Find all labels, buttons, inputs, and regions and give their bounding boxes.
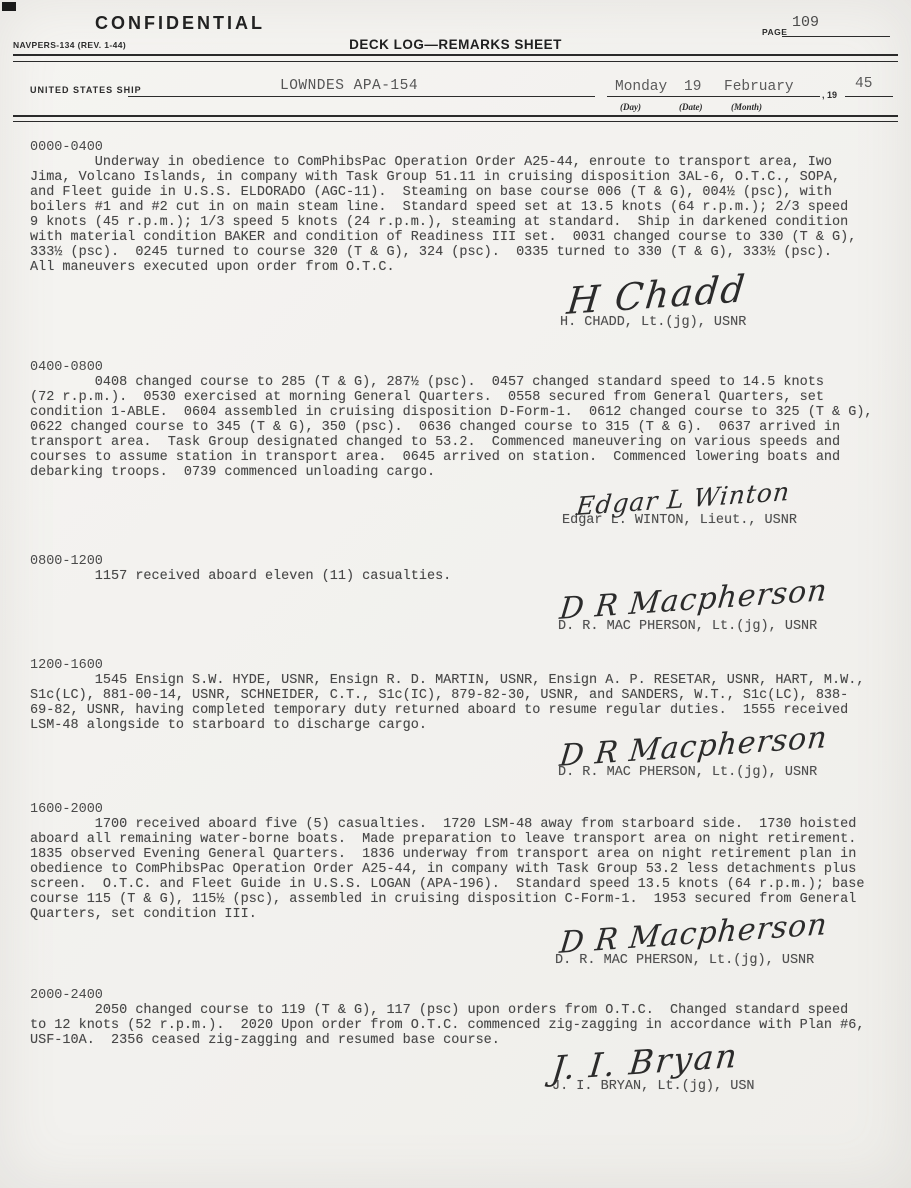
remarks-line: 0622 changed course to 345 (T & G), 350 … [30, 420, 890, 435]
remarks-line: 69-82, USNR, having completed temporary … [30, 703, 890, 718]
form-header: CONFIDENTIAL NAVPERS-134 (REV. 1-44) DEC… [0, 0, 911, 122]
log-entry: 0000-0400 Underway in obedience to ComPh… [30, 140, 890, 330]
date-month-value: February [724, 79, 794, 95]
form-title: DECK LOG—REMARKS SHEET [0, 37, 911, 52]
year-prefix: , 19 [822, 90, 837, 100]
header-rule-top [13, 54, 898, 62]
year-underline [845, 96, 893, 97]
remarks-line: 0408 changed course to 285 (T & G), 287½… [30, 375, 890, 390]
page-number: 109 [792, 14, 819, 31]
log-entries: 0000-0400 Underway in obedience to ComPh… [30, 128, 890, 1094]
month-label: (Month) [731, 102, 762, 112]
watch-period-heading: 2000-2400 [30, 988, 890, 1003]
signature-block: Edgar L WintonEdgar L. WINTON, Lieut., U… [530, 494, 890, 528]
remarks-line: S1c(LC), 881-00-14, USNR, SCHNEIDER, C.T… [30, 688, 890, 703]
log-entry: 0800-1200 1157 received aboard eleven (1… [30, 554, 890, 634]
remarks-line: course 115 (T & G), 115½ (psc), assemble… [30, 892, 890, 907]
entry-remarks-text: 1700 received aboard five (5) casualties… [30, 817, 890, 922]
ship-name-underline [128, 96, 595, 97]
remarks-line: 1835 observed Evening General Quarters. … [30, 847, 890, 862]
remarks-line: 333½ (psc). 0245 turned to course 320 (T… [30, 245, 890, 260]
entry-remarks-text: 1545 Ensign S.W. HYDE, USNR, Ensign R. D… [30, 673, 890, 733]
log-entry: 1600-2000 1700 received aboard five (5) … [30, 802, 890, 968]
signature-block: D R MacphersonD. R. MAC PHERSON, Lt.(jg)… [530, 928, 890, 968]
date-year-value: 45 [855, 76, 872, 92]
remarks-line: boilers #1 and #2 cut in on main steam l… [30, 200, 890, 215]
remarks-line: and Fleet guide in U.S.S. ELDORADO (AGC-… [30, 185, 890, 200]
entry-remarks-text: Underway in obedience to ComPhibsPac Ope… [30, 155, 890, 275]
date-underline [607, 96, 820, 97]
watch-period-heading: 1200-1600 [30, 658, 890, 673]
date-label: (Date) [679, 102, 703, 112]
signature-block: H ChaddH. CHADD, Lt.(jg), USNR [530, 283, 890, 330]
date-date-value: 19 [684, 79, 701, 95]
page-number-underline [782, 36, 890, 37]
remarks-line: with material condition BAKER and condit… [30, 230, 890, 245]
log-entry: 2000-2400 2050 changed course to 119 (T … [30, 988, 890, 1095]
signature-block: D R MacphersonD. R. MAC PHERSON, Lt.(jg)… [530, 594, 890, 634]
remarks-line: to 12 knots (52 r.p.m.). 2020 Upon order… [30, 1018, 890, 1033]
remarks-line: 2050 changed course to 119 (T & G), 117 … [30, 1003, 890, 1018]
deck-log-page: CONFIDENTIAL NAVPERS-134 (REV. 1-44) DEC… [0, 0, 911, 1188]
day-label: (Day) [620, 102, 641, 112]
date-day-value: Monday [615, 79, 667, 95]
watch-period-heading: 0400-0800 [30, 360, 890, 375]
remarks-line: transport area. Task Group designated ch… [30, 435, 890, 450]
remarks-line: (72 r.p.m.). 0530 exercised at morning G… [30, 390, 890, 405]
remarks-line: condition 1-ABLE. 0604 assembled in crui… [30, 405, 890, 420]
remarks-line: debarking troops. 0739 commenced unloadi… [30, 465, 890, 480]
remarks-line: courses to assume station in transport a… [30, 450, 890, 465]
remarks-line: 9 knots (45 r.p.m.); 1/3 speed 5 knots (… [30, 215, 890, 230]
header-rule-bottom [13, 115, 898, 122]
entry-remarks-text: 0408 changed course to 285 (T & G), 287½… [30, 375, 890, 480]
watch-period-heading: 1600-2000 [30, 802, 890, 817]
watch-period-heading: 0800-1200 [30, 554, 890, 569]
remarks-line: screen. O.T.C. and Fleet Guide in U.S.S.… [30, 877, 890, 892]
log-entry: 1200-1600 1545 Ensign S.W. HYDE, USNR, E… [30, 658, 890, 781]
remarks-line: aboard all remaining water-borne boats. … [30, 832, 890, 847]
ship-name: LOWNDES APA-154 [280, 78, 418, 94]
signature-block: J. I. BryanJ. I. BRYAN, Lt.(jg), USN [530, 1052, 890, 1095]
log-entry: 0400-0800 0408 changed course to 285 (T … [30, 360, 890, 528]
remarks-line: 1700 received aboard five (5) casualties… [30, 817, 890, 832]
remarks-line: 1545 Ensign S.W. HYDE, USNR, Ensign R. D… [30, 673, 890, 688]
remarks-line: obedience to ComPhibsPac Operation Order… [30, 862, 890, 877]
signature-block: D R MacphersonD. R. MAC PHERSON, Lt.(jg)… [530, 741, 890, 781]
watch-period-heading: 0000-0400 [30, 140, 890, 155]
remarks-line: Jima, Volcano Islands, in company with T… [30, 170, 890, 185]
ship-label: UNITED STATES SHIP [30, 85, 142, 95]
remarks-line: Underway in obedience to ComPhibsPac Ope… [30, 155, 890, 170]
classification-stamp: CONFIDENTIAL [95, 13, 265, 34]
